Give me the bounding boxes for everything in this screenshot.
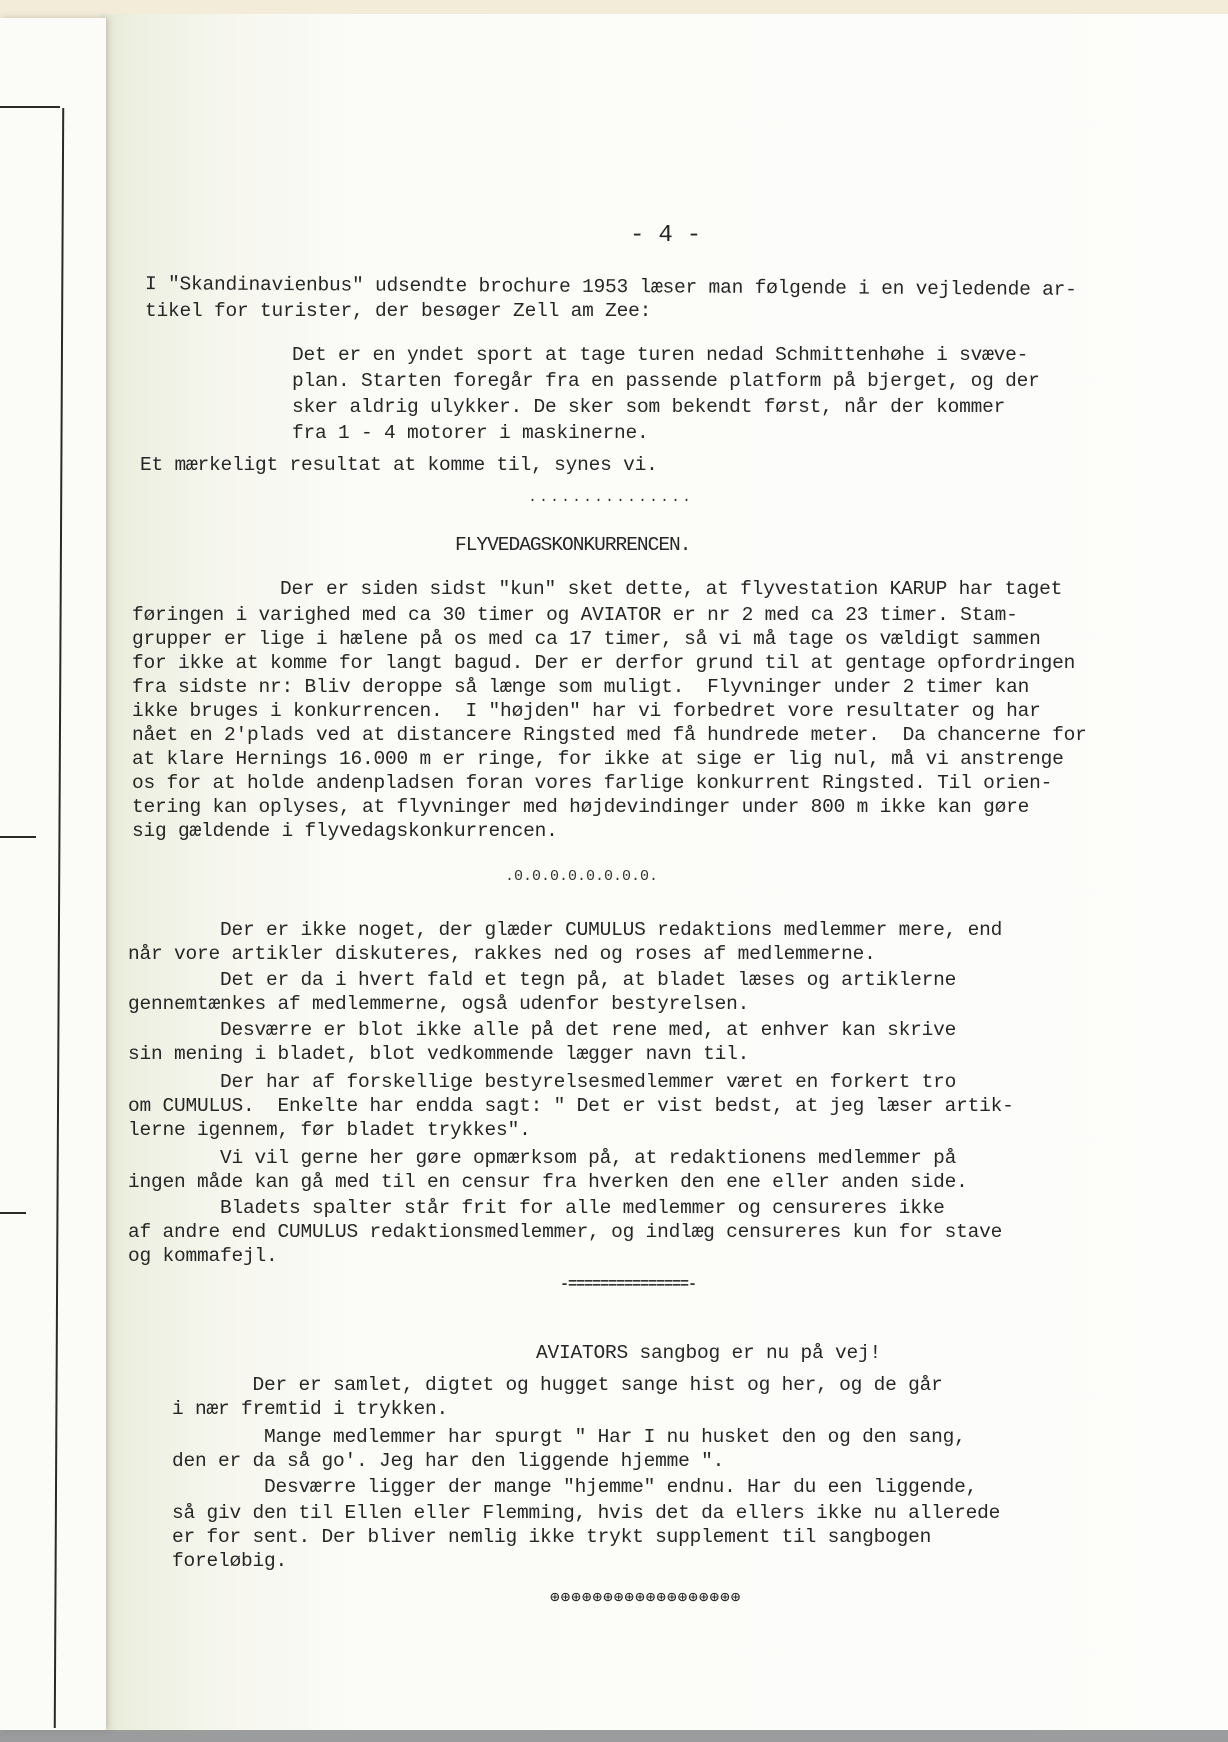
typewritten-page: - 4 - I "Skandinavienbus" udsendte broch… (100, 14, 1228, 1730)
text-line: når vore artikler diskuteres, rakkes ned… (128, 943, 876, 965)
text-line: sin mening i bladet, blot vedkommende læ… (128, 1043, 749, 1065)
dotted-separator: ............... (528, 489, 693, 506)
comment-line: Et mærkeligt resultat at komme til, syne… (140, 454, 658, 476)
section-heading-flyvedagskonkurrencen: FLYVEDAGSKONKURRENCEN. (455, 534, 690, 556)
text-line: Det er en yndet sport at tage turen neda… (292, 344, 1028, 366)
text-line: tering kan oplyses, at flyvninger med hø… (132, 796, 1029, 818)
text-line: Desværre er blot ikke alle på det rene m… (128, 1019, 956, 1041)
text-line: for ikke at komme for langt bagud. Der e… (132, 652, 1075, 674)
text-line: er for sent. Der bliver nemlig ikke tryk… (172, 1526, 931, 1548)
text-line: nået en 2'plads ved at distancere Ringst… (132, 724, 1087, 746)
text-line: Der har af forskellige bestyrelsesmedlem… (128, 1071, 956, 1093)
text-line: Mange medlemmer har spurgt " Har I nu hu… (172, 1426, 966, 1448)
text-line: af andre end CUMULUS redaktionsmedlemmer… (128, 1221, 1002, 1243)
table-rule (0, 836, 36, 838)
text-line: sig gældende i flyvedagskonkurrencen. (132, 820, 558, 842)
equals-separator: -===============- (560, 1276, 696, 1293)
text-line: grupper er lige i hælene på os med ca 17… (132, 628, 1041, 650)
text-line: Der er ikke noget, der glæder CUMULUS re… (128, 919, 1002, 941)
text-line: tikel for turister, der besøger Zell am … (145, 300, 651, 322)
text-line: Der er samlet, digtet og hugget sange hi… (172, 1374, 943, 1396)
crossed-circle-separator: ⊕⊕⊕⊕⊕⊕⊕⊕⊕⊕⊕⊕⊕⊕⊕⊕⊕⊕ (550, 1587, 741, 1607)
left-adjacent-page (0, 18, 106, 1730)
text-line: i nær fremtid i trykken. (172, 1398, 448, 1420)
text-line: Bladets spalter står frit for alle medle… (128, 1197, 945, 1219)
text-line: lerne igennem, før bladet trykkes". (128, 1119, 531, 1141)
text-line: ikke bruges i konkurrencen. I "højden" h… (132, 700, 1041, 722)
text-line: os for at holde andenpladsen foran vores… (132, 772, 1052, 794)
text-line: fra sidste nr: Bliv deroppe så længe som… (132, 676, 1029, 698)
text-line: den er da så go'. Jeg har den liggende h… (172, 1450, 724, 1472)
text-line: Det er da i hvert fald et tegn på, at bl… (128, 969, 956, 991)
table-rule (0, 106, 60, 108)
text-line: I "Skandinavienbus" udsendte brochure 19… (145, 273, 1077, 301)
text-line: gennemtænkes af medlemmerne, også udenfo… (128, 993, 749, 1015)
section-heading-sangbog: AVIATORS sangbog er nu på vej! (536, 1342, 881, 1364)
text-line: fra 1 - 4 motorer i maskinerne. (292, 422, 649, 444)
table-border (54, 108, 64, 1728)
page-number: - 4 - (630, 222, 701, 249)
text-line: føringen i varighed med ca 30 timer og A… (132, 604, 1018, 626)
text-line: foreløbig. (172, 1550, 287, 1572)
text-line: Der er siden sidst "kun" sket dette, at … (188, 578, 1062, 600)
text-line: Vi vil gerne her gøre opmærksom på, at r… (128, 1147, 956, 1169)
text-line: Desværre ligger der mange "hjemme" endnu… (172, 1476, 977, 1498)
table-rule (0, 1212, 26, 1214)
circle-dot-separator: .0.0.0.0.0.0.0.0. (505, 868, 658, 885)
text-line: at klare Hernings 16.000 m er ringe, for… (132, 748, 1064, 770)
text-line: sker aldrig ulykker. De sker som bekendt… (292, 396, 1005, 418)
text-line: og kommafejl. (128, 1245, 278, 1267)
text-line: så giv den til Ellen eller Flemming, hvi… (172, 1502, 1000, 1524)
text-line: plan. Starten foregår fra en passende pl… (292, 370, 1040, 392)
text-line: om CUMULUS. Enkelte har endda sagt: " De… (128, 1095, 1014, 1117)
text-line: ingen måde kan gå med til en censur fra … (128, 1171, 968, 1193)
